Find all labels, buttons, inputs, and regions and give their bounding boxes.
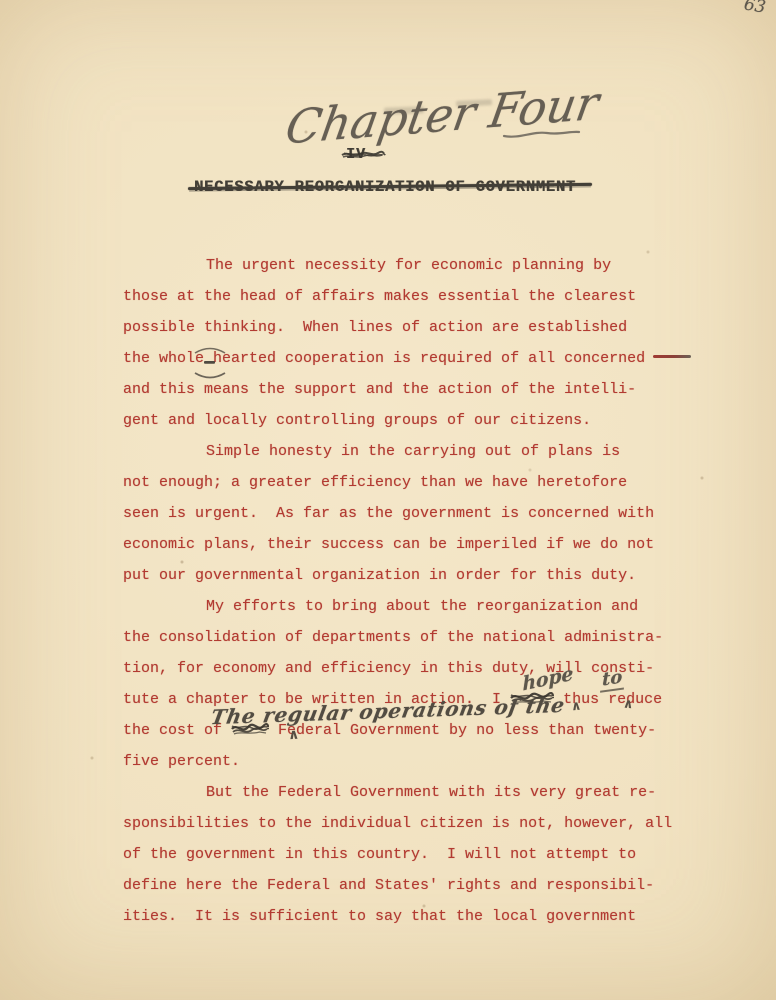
typed-line-12: My efforts to bring about the reorganiza… xyxy=(123,591,723,622)
handwriting-flourish xyxy=(502,118,582,144)
typed-line-17: five percent. xyxy=(123,746,723,777)
typed-line-11: put our governmental organization in ord… xyxy=(123,560,723,591)
typed-line-10: economic plans, their success can be imp… xyxy=(123,529,723,560)
typed-line-7: Simple honesty in the carrying out of pl… xyxy=(123,436,723,467)
typed-line-18: But the Federal Government with its very… xyxy=(123,777,723,808)
manuscript-page: 63 Chapter Four IV NECESSARY REORGANIZAT… xyxy=(0,0,776,1000)
typed-line-2: those at the head of affairs makes essen… xyxy=(123,281,723,312)
typed-line-13: the consolidation of departments of the … xyxy=(123,622,723,653)
insertion-caret: ∧ xyxy=(570,699,582,715)
typed-line-1: The urgent necessity for economic planni… xyxy=(123,250,723,281)
insertion-caret: ∧ xyxy=(622,696,634,712)
handwritten-word-to: to xyxy=(600,666,624,693)
insertion-caret: ∧ xyxy=(288,727,300,744)
close-up-proofmark-icon xyxy=(190,341,230,385)
em-dash-stroke xyxy=(653,355,691,358)
typed-line-14: tion, for economy and efficiency in this… xyxy=(123,653,723,684)
page-number: 63 xyxy=(743,0,768,18)
typed-line-20: of the government in this country. I wil… xyxy=(123,839,723,870)
typed-line-19: sponsibilities to the individual citizen… xyxy=(123,808,723,839)
typed-line-8: not enough; a greater efficiency than we… xyxy=(123,467,723,498)
scribble-strikeout-icon xyxy=(340,147,386,163)
typed-line-3: possible thinking. When lines of action … xyxy=(123,312,723,343)
typed-line-22: ities. It is sufficient to say that the … xyxy=(123,901,723,932)
typed-line-21: define here the Federal and States' righ… xyxy=(123,870,723,901)
typed-line-9: seen is urgent. As far as the government… xyxy=(123,498,723,529)
chapter-numeral-struck: IV xyxy=(346,145,382,165)
typed-line-6: gent and locally controlling groups of o… xyxy=(123,405,723,436)
